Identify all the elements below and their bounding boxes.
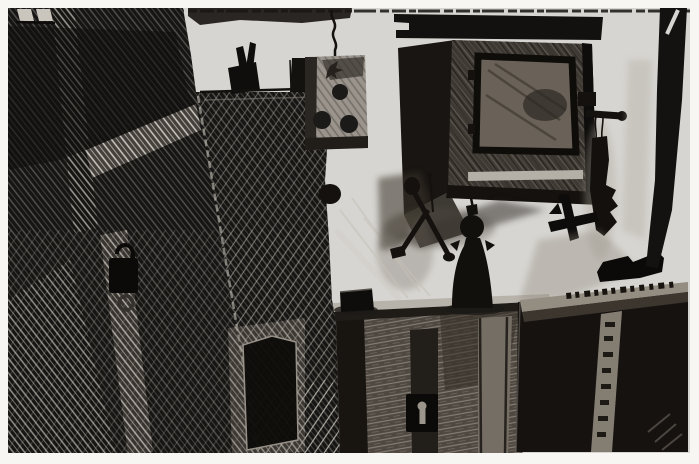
coffin-panel	[228, 318, 305, 455]
shelf-bar	[394, 14, 603, 40]
crate	[516, 282, 688, 452]
box-door	[468, 56, 576, 152]
drawing-canvas	[0, 0, 699, 464]
panel-knob	[319, 184, 341, 204]
table-keyhole	[406, 394, 438, 432]
left-cabinet	[8, 8, 348, 455]
small-box	[334, 289, 378, 315]
artwork-photo	[0, 0, 699, 464]
table-leg	[478, 316, 512, 455]
